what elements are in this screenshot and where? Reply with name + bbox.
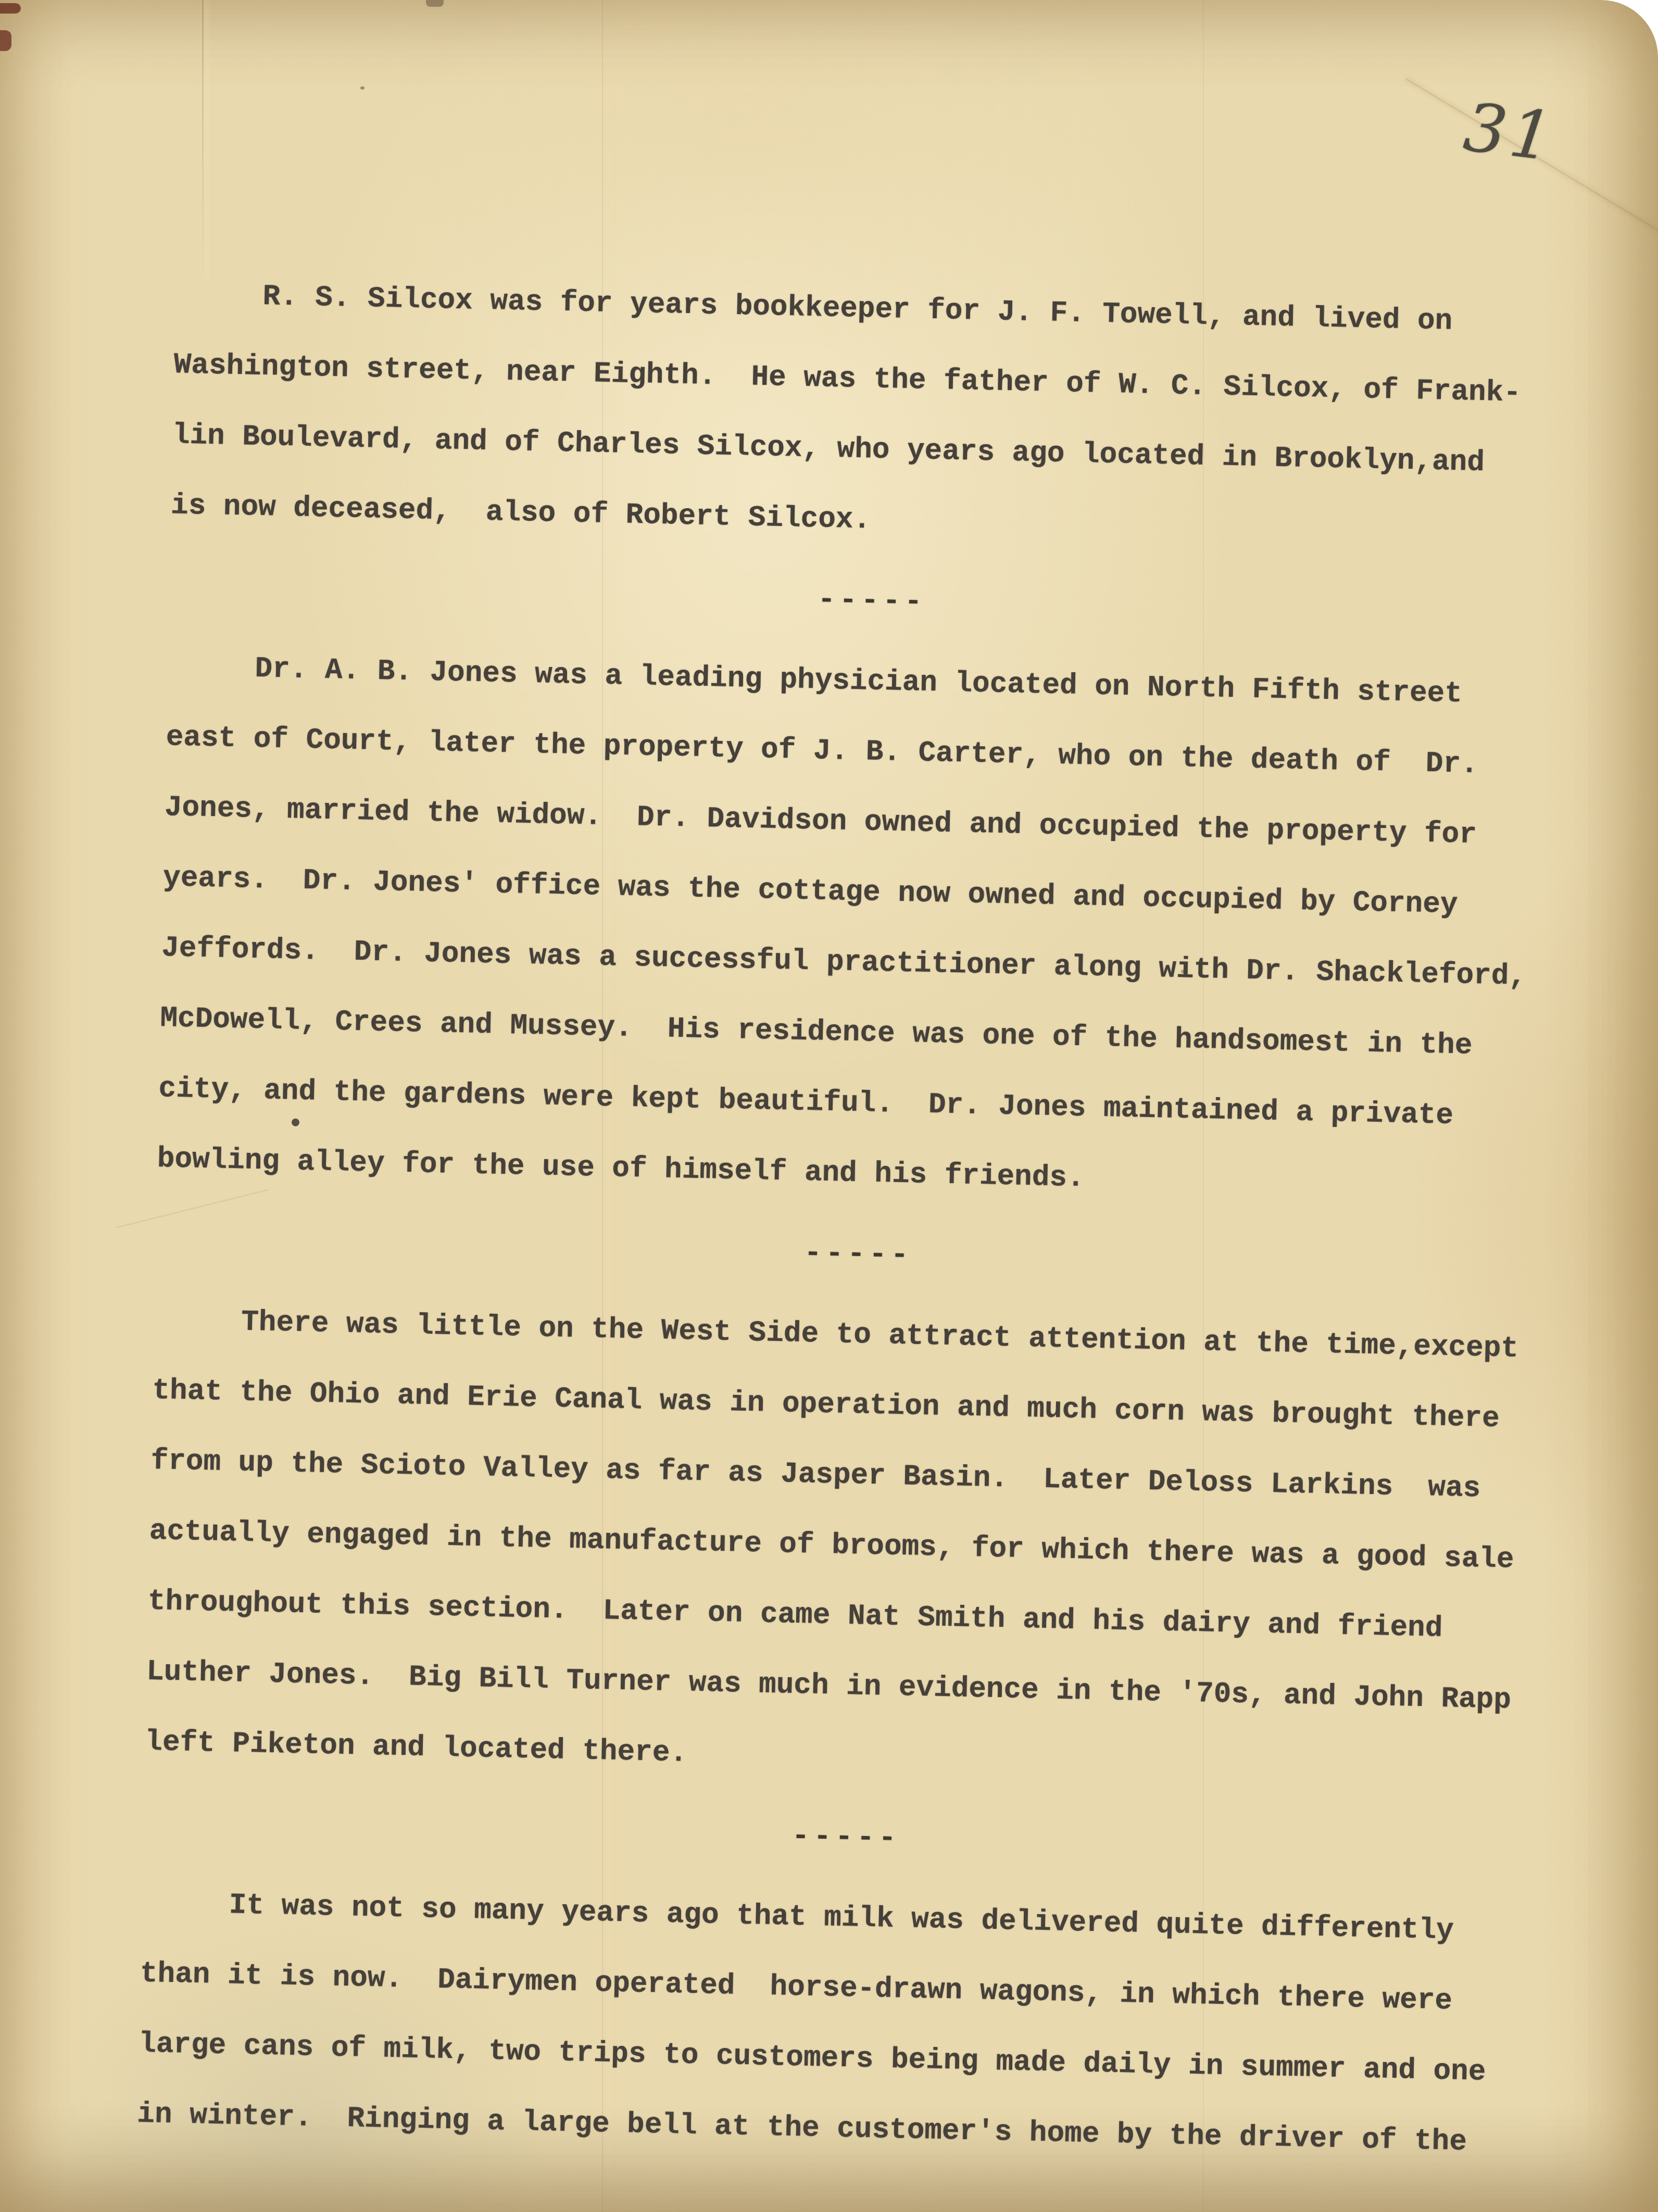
- edge-mark: [426, 0, 444, 7]
- paragraph: It was not so many years ago that milk w…: [136, 1868, 1548, 2179]
- typewritten-text: R. S. Silcox was for years bookkeeper fo…: [136, 259, 1581, 2179]
- handwritten-page-number: 31: [1460, 89, 1560, 177]
- paper-sheet: 31 R. S. Silcox was for years bookkeeper…: [0, 0, 1658, 2212]
- paragraph: Dr. A. B. Jones was a leading physician …: [156, 632, 1574, 1223]
- edge-mark: [0, 3, 21, 14]
- paper-speck: [360, 86, 365, 90]
- scanned-document: 31 R. S. Silcox was for years bookkeeper…: [0, 0, 1658, 2212]
- paper-crease: [202, 0, 204, 281]
- paragraph: There was little on the West Side to att…: [144, 1285, 1560, 1806]
- paragraph: R. S. Silcox was for years bookkeeper fo…: [170, 259, 1582, 570]
- edge-mark: [0, 30, 11, 51]
